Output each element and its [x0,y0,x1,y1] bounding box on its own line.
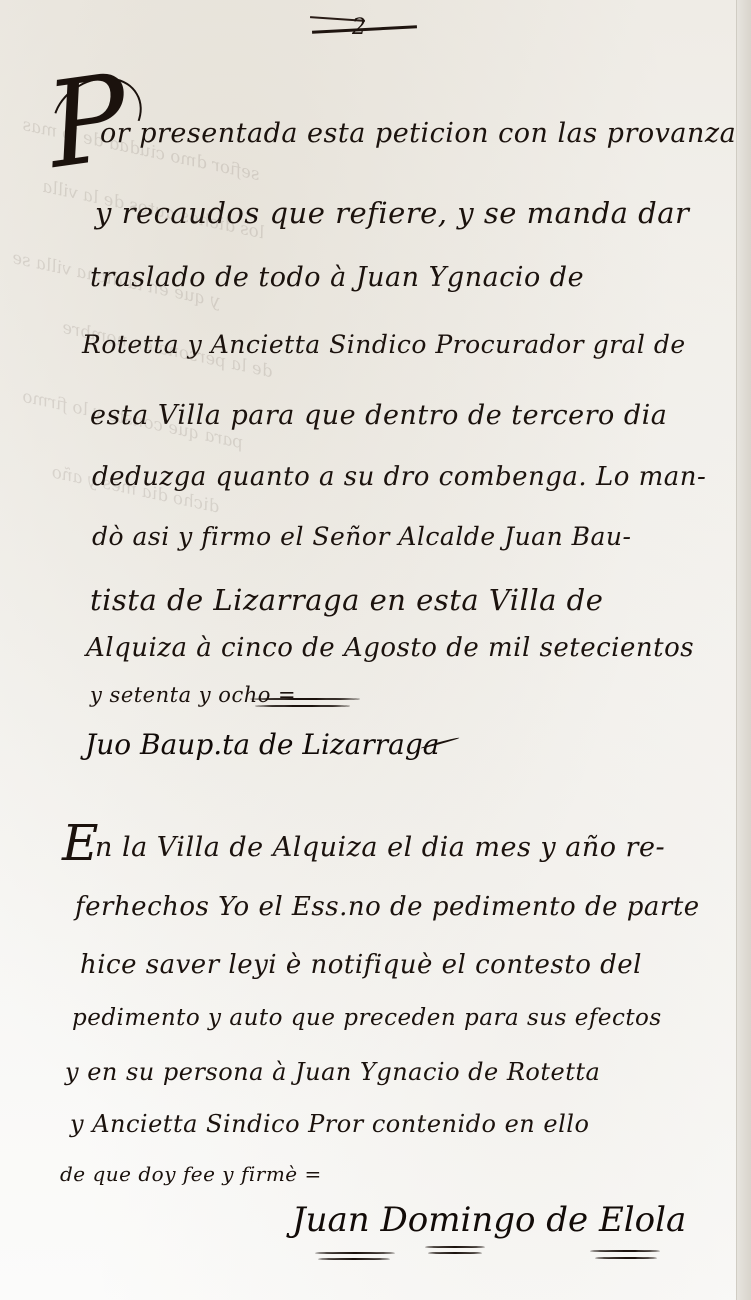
decree-line-3: traslado de todo à Juan Ygnacio de [90,262,584,293]
alcalde-signature: Juo Baup.ta de Lizarraga [85,728,439,761]
notification-line-2: ferhechos Yo el Ess.no de pedimento de p… [75,892,700,922]
decree-line-7: dò asi y firmo el Señor Alcalde Juan Bau… [92,522,631,551]
escribano-rubric-1 [315,1252,395,1254]
manuscript-page: sefior dmo ciudad de lo mas los dichos a… [0,0,751,1300]
escribano-signature: Juan Domingo de Elola [292,1200,686,1240]
decree-line-9: Alquiza à cinco de Agosto de mil setecie… [86,633,694,663]
notification-initial-capital: E [62,818,99,868]
decree-line-2: y recaudos que refiere, y se manda dar [95,196,689,230]
escribano-rubric-4 [428,1252,482,1254]
decree-line-1: or presentada esta peticion con las prov… [100,118,751,149]
decree-closing-stroke-2 [255,705,350,707]
notification-line-7: de que doy fee y firmè = [60,1162,322,1186]
decree-line-8: tista de Lizarraga en esta Villa de [90,583,603,617]
notification-line-1: n la Villa de Alquiza el dia mes y año r… [95,832,665,863]
notification-line-6: y Ancietta Sindico Pror contenido en ell… [70,1110,589,1138]
escribano-rubric-6 [595,1257,657,1259]
notification-line-5: y en su persona à Juan Ygnacio de Rotett… [65,1058,600,1086]
escribano-rubric-5 [590,1250,660,1252]
notification-line-4: pedimento y auto que preceden para sus e… [72,1005,662,1031]
decree-line-10: y setenta y ocho = [90,683,296,707]
decree-line-5: esta Villa para que dentro de tercero di… [90,400,667,431]
escribano-rubric-3 [425,1246,485,1248]
escribano-rubric-2 [318,1258,390,1260]
notification-line-3: hice saver leyi è notifiquè el contesto … [80,950,642,980]
folio-mark: 2 [310,12,420,52]
page-edge [736,0,751,1300]
decree-line-4: Rotetta y Ancietta Sindico Procurador gr… [82,330,686,359]
decree-closing-stroke [250,698,360,700]
folio-number: 2 [352,15,366,40]
decree-line-6: deduzga quanto a su dro combenga. Lo man… [92,462,706,492]
